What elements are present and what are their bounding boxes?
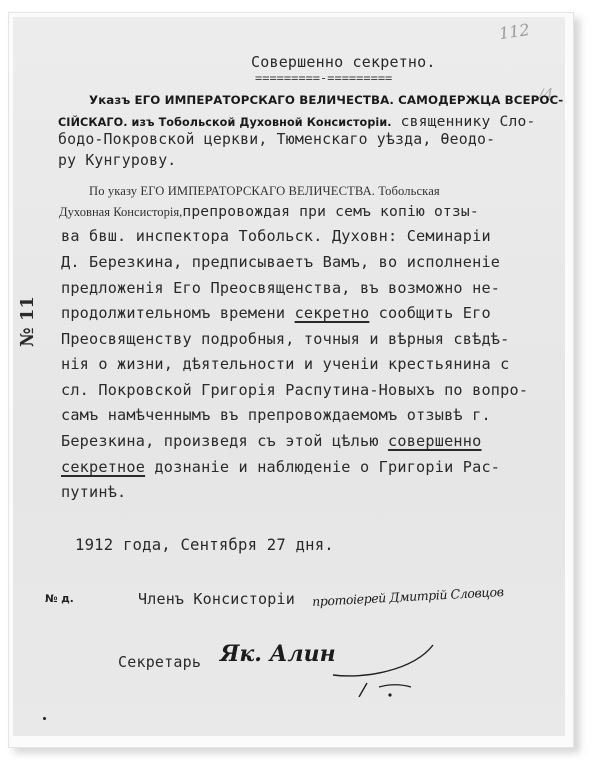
body-line-11: Березкина, произведя съ этой цѣлью совер… [61,432,481,450]
title-underline: =========-========= [255,74,423,82]
document-date: 1912 года, Сентября 27 дня. [75,536,334,554]
body-line-4: Д. Березкина, предписываетъ Вамъ, во исп… [61,253,500,271]
body-line-6-start: продолжительномъ времени [61,304,295,322]
underlined-completely: совершенно [388,432,481,450]
body-line-7: Преосвященству подробныя, точныя и вѣрны… [61,330,510,348]
consistory-member-label: Членъ Консисторіи [138,590,295,608]
body-line-9: сл. Покровской Григорія Распутина-Новыхъ… [61,381,528,399]
body-line-13: путинѣ. [61,483,126,501]
secretary-signature: Як. Алин [220,641,336,667]
header-line-3: бодо-Покровской церкви, Тюменскаго уѣзда… [58,131,495,149]
body-line-6: продолжительномъ времени секретно сообщи… [61,304,491,322]
body-line-1: По указу ЕГО ИМПЕРАТОРСКАГО ВЕЛИЧЕСТВА. … [89,183,440,199]
body-line-10: самъ намѣченнымъ въ препровождаемомъ отз… [61,406,491,424]
body-line-6-end: сообщить Его [369,304,490,322]
header-line-2: СІЙСКАГО. изъ Тобольской Духовной Консис… [58,111,535,131]
header-line-1: Указъ ЕГО ИМПЕРАТОРСКАГО ВЕЛИЧЕСТВА. САМ… [89,92,563,108]
body-line-11-start: Березкина, произведя съ этой цѣлью [61,432,388,450]
body-line-5: предложенія Его Преосвященства, въ возмо… [61,279,500,297]
ink-speck [43,717,46,720]
member-signature: протоіерей Дмитрій Словцов [312,584,504,609]
underlined-secretly: секретно [295,304,370,322]
secretary-label: Секретарь [118,653,201,671]
header-line-2-printed: СІЙСКАГО. изъ Тобольской Духовной Консис… [58,116,392,129]
body-line-2-printed: Духовная Консисторія, [59,205,182,219]
page-number-mark: 112 [498,20,531,43]
margin-number-note: № 11 [17,296,38,347]
body-line-12: секретное дознаніе и наблюденіе о Григор… [61,458,500,476]
signature-flourish [323,637,453,697]
classification-title: Совершенно секретно. [251,53,436,71]
document-page: 112 /4 Совершенно секретно. =========-==… [13,17,565,736]
body-line-12-end: дознаніе и наблюденіе о Григоріи Рас- [145,458,500,476]
header-line-2-typed: священнику Сло- [392,113,536,130]
body-line-8: нія о жизни, дѣятельности и ученіи крест… [61,355,510,373]
number-label: № д. [45,593,74,605]
body-line-2-typed: препровождая при семъ копію отзы- [182,203,479,220]
underlined-secret: секретное [61,458,145,476]
header-line-4: ру Кунгурову. [58,152,176,170]
body-line-3: ва бвш. инспектора Тобольск. Духовн: Сем… [61,227,491,245]
body-line-2: Духовная Консисторія,препровождая при се… [59,201,479,221]
